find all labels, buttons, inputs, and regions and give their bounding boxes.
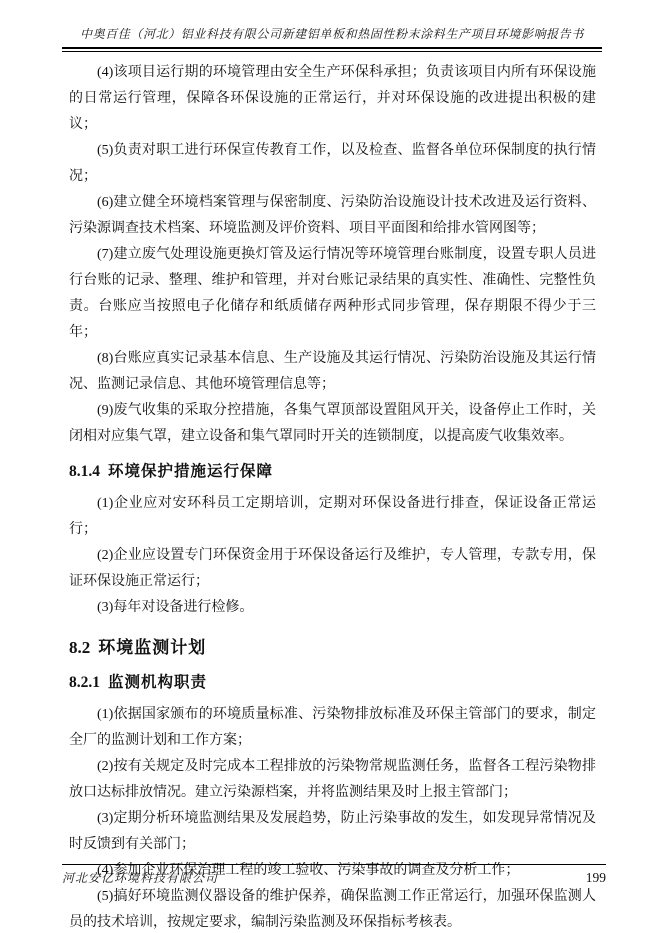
section-heading-8-2: 8.2环境监测计划 — [69, 634, 596, 661]
section-heading-8-2-1: 8.2.1监测机构职责 — [69, 671, 596, 695]
header-double-rule — [62, 47, 602, 52]
section-title: 环境监测计划 — [98, 638, 206, 657]
paragraph-m2: (2)企业应设置专门环保资金用于环保设备运行及维护，专人管理，专款专用，保证环保… — [69, 543, 596, 595]
paragraph-4: (4)该项目运行期的环境管理由安全生产环保科承担；负责该项目内所有环保设施的日常… — [69, 60, 596, 138]
section-title: 监测机构职责 — [108, 674, 207, 691]
footer-page-number: 199 — [586, 870, 606, 886]
paragraph-q3: (3)定期分析环境监测结果及发展趋势，防止污染事故的发生，如发现异常情况及时反馈… — [69, 806, 596, 858]
section-number: 8.2.1 — [69, 674, 100, 691]
paragraph-9: (9)废气收集的采取分控措施，各集气罩顶部设置阻风开关，设备停止工作时，关闭相对… — [69, 398, 596, 450]
paragraph-q2: (2)按有关规定及时完成本工程排放的污染物常规监测任务，监督各工程污染物排放口达… — [69, 754, 596, 806]
section-number: 8.1.4 — [69, 463, 100, 480]
paragraph-8: (8)台账应真实记录基本信息、生产设施及其运行情况、污染防治设施及其运行情况、监… — [69, 346, 596, 398]
paragraph-5: (5)负责对职工进行环保宣传教育工作，以及检查、监督各单位环保制度的执行情况； — [69, 138, 596, 190]
page-footer: 河北安亿环境科技有限公司 199 — [62, 864, 606, 886]
paragraph-q1: (1)依据国家颁布的环境质量标准、污染物排放标准及环保主管部门的要求，制定全厂的… — [69, 702, 596, 754]
section-title: 环境保护措施运行保障 — [108, 463, 273, 480]
paragraph-7: (7)建立废气处理设施更换灯管及运行情况等环境管理台账制度，设置专职人员进行台账… — [69, 242, 596, 346]
paragraph-m3: (3)每年对设备进行检修。 — [69, 595, 596, 621]
paragraph-q5: (5)搞好环境监测仪器设备的维护保养，确保监测工作正常运行，加强环保监测人员的技… — [69, 884, 596, 933]
document-page: 中奥百佳（河北）铝业科技有限公司新建铝单板和热固性粉末涂料生产项目环境影响报告书… — [0, 0, 664, 933]
page-header: 中奥百佳（河北）铝业科技有限公司新建铝单板和热固性粉末涂料生产项目环境影响报告书 — [62, 25, 602, 52]
paragraph-m1: (1)企业应对安环科员工定期培训，定期对环保设备进行排查，保证设备正常运行； — [69, 491, 596, 543]
section-heading-8-1-4: 8.1.4环境保护措施运行保障 — [69, 460, 596, 484]
section-number: 8.2 — [69, 638, 90, 657]
footer-company-name: 河北安亿环境科技有限公司 — [62, 869, 218, 886]
document-body: (4)该项目运行期的环境管理由安全生产环保科承担；负责该项目内所有环保设施的日常… — [69, 60, 596, 933]
paragraph-6: (6)建立健全环境档案管理与保密制度、污染防治设施设计技术改进及运行资料、污染源… — [69, 190, 596, 242]
header-title: 中奥百佳（河北）铝业科技有限公司新建铝单板和热固性粉末涂料生产项目环境影响报告书 — [62, 25, 602, 42]
